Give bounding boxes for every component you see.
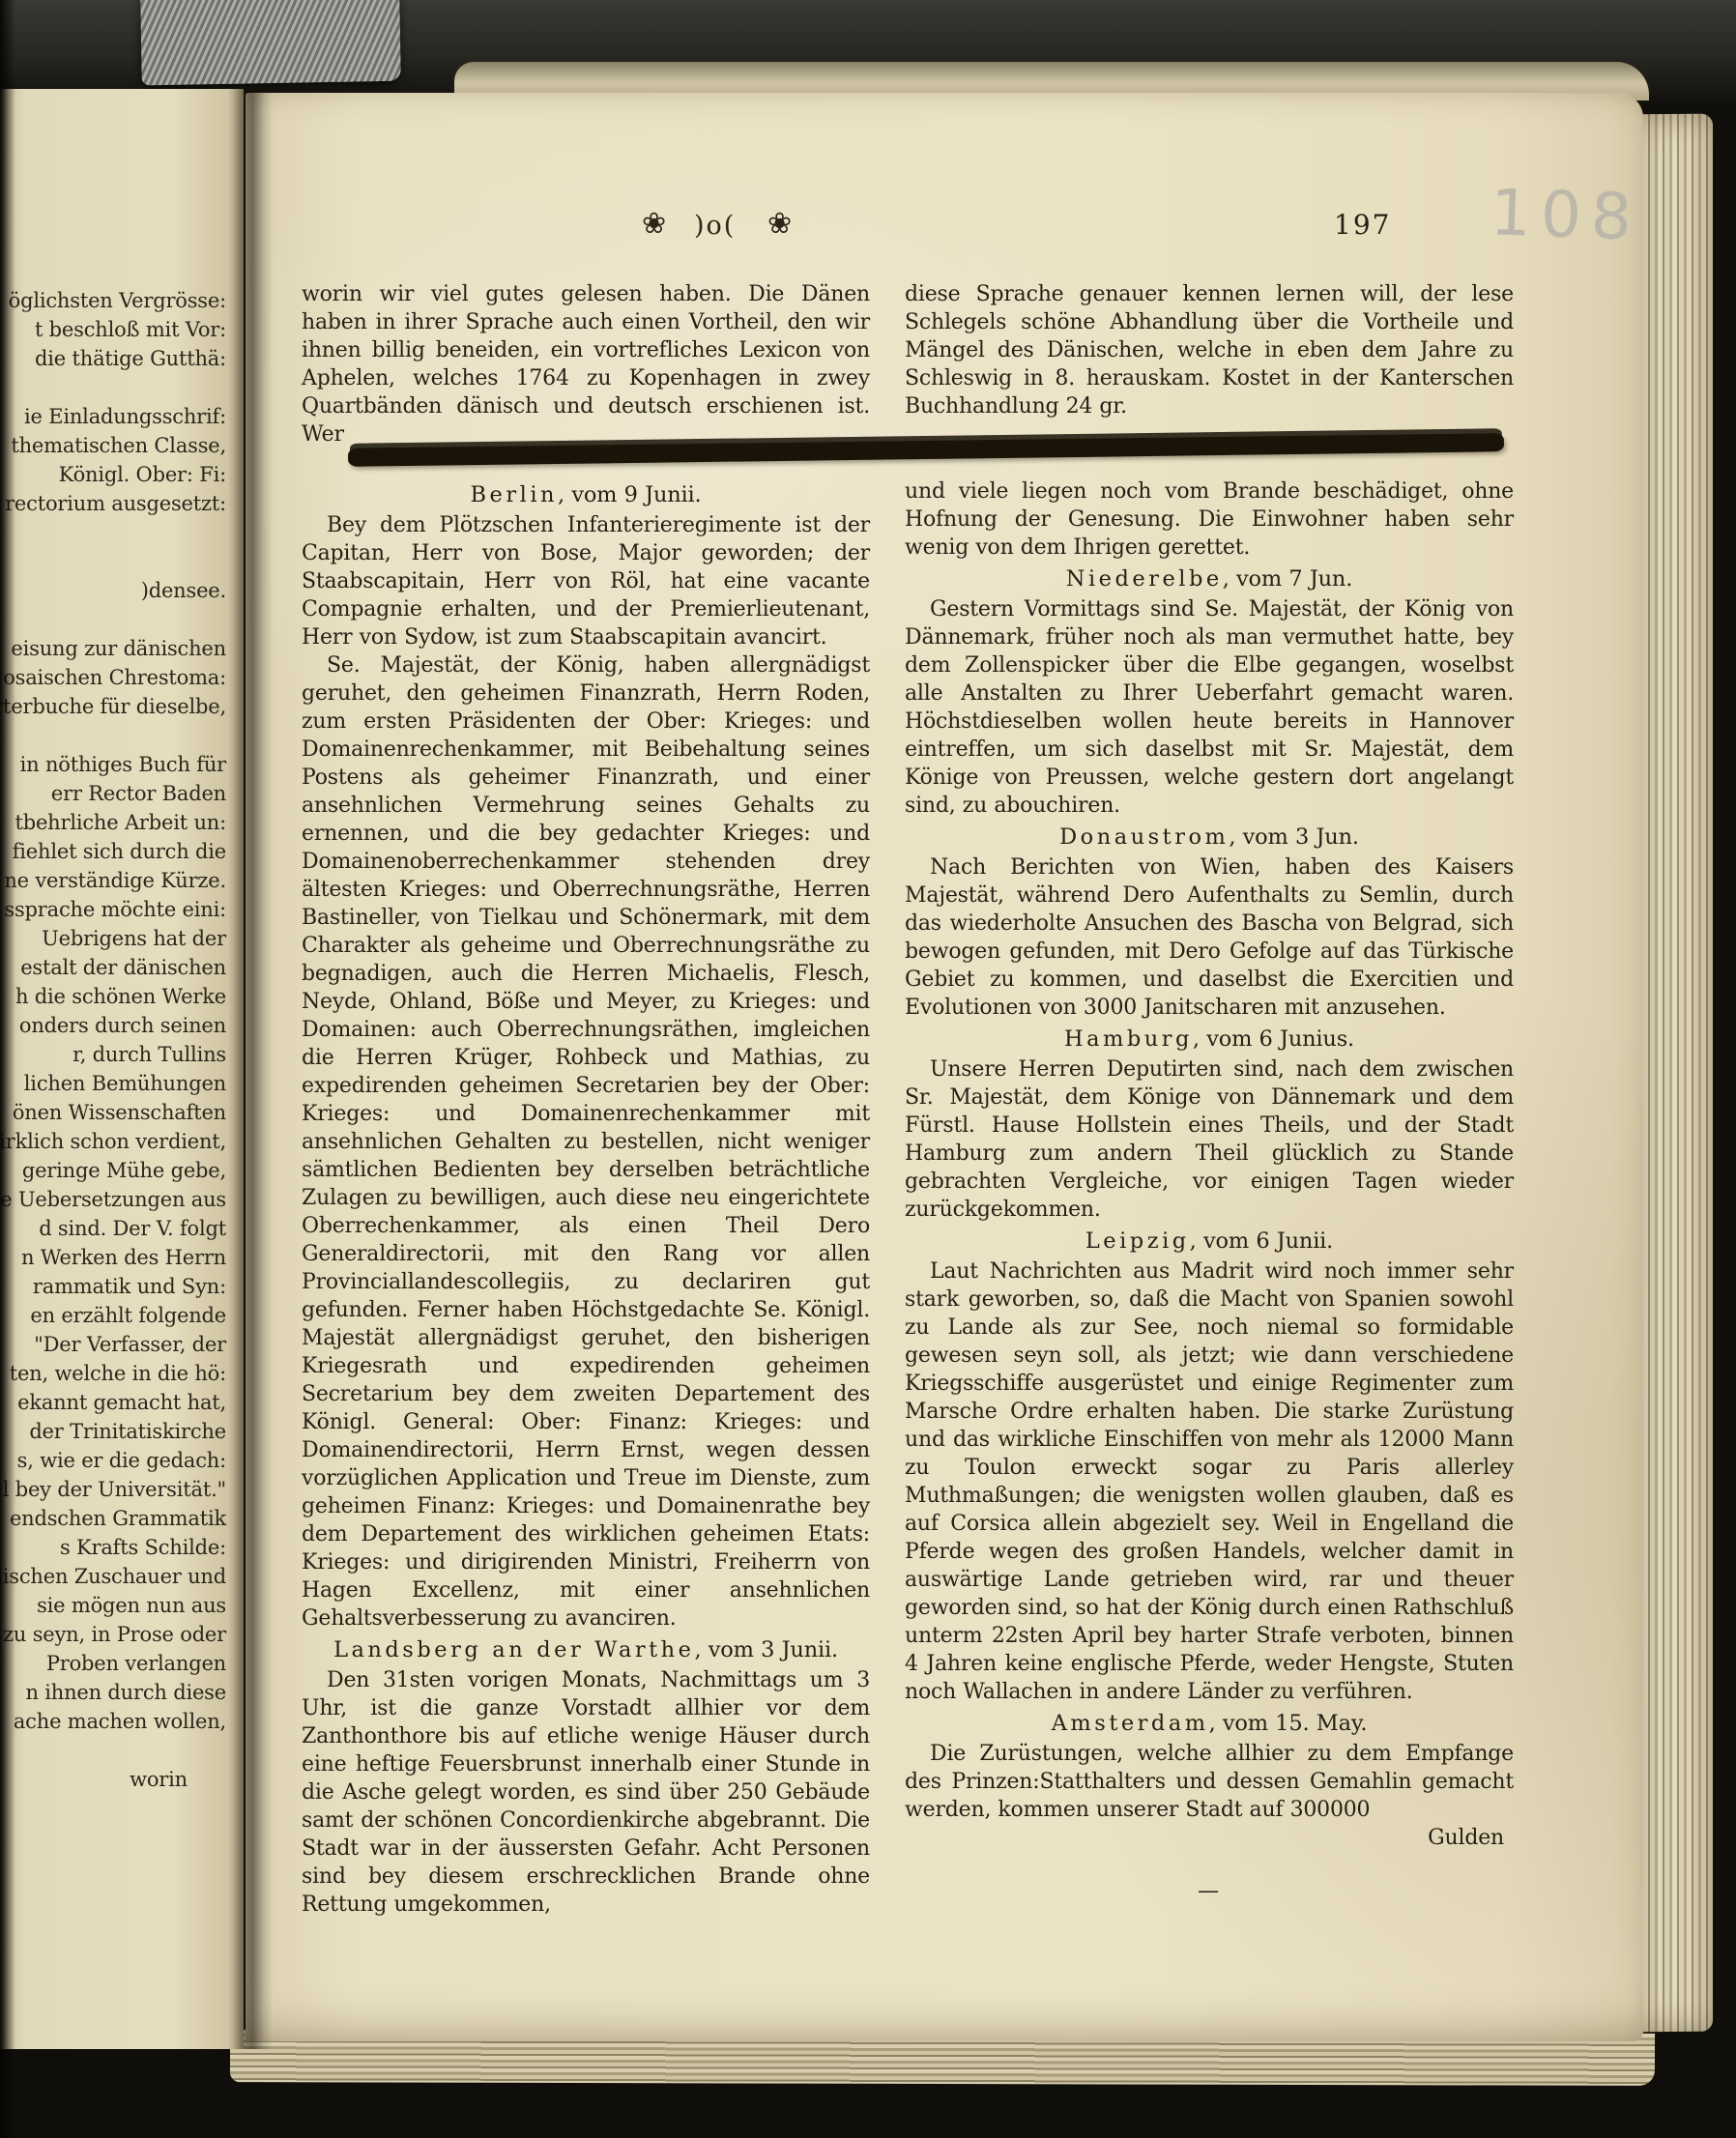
margin-fragment-line: sie mögen nun aus	[0, 1591, 226, 1620]
book-spine-shadow	[0, 0, 15, 2138]
margin-fragment-line: lichen Bemühungen	[0, 1069, 226, 1098]
section-paragraph: Laut Nachrichten aus Madrit wird noch im…	[905, 1257, 1514, 1706]
section-heading: Hamburg, vom 6 Junius.	[905, 1025, 1514, 1054]
margin-fragment-line: der Trinitatiskirche	[0, 1417, 226, 1446]
margin-fragment-line: thematischen Classe,	[0, 431, 226, 460]
margin-fragment-line: Uebrigens hat der	[0, 924, 226, 953]
margin-fragment-line: onders durch seinen	[0, 1011, 226, 1040]
header-ornament-left-icon: ❀	[642, 207, 666, 241]
margin-fragment-line: s, wie er die gedach:	[0, 1446, 226, 1475]
margin-fragment-line: r, durch Tullins	[0, 1040, 226, 1069]
section-paragraph: Unsere Herren Deputirten sind, nach dem …	[905, 1055, 1514, 1224]
margin-fragment-line: die thätige Gutthä:	[0, 344, 226, 373]
margin-fragment-line: tbehrliche Arbeit un:	[0, 808, 226, 837]
margin-fragment-line: rectorium ausgesetzt:	[0, 489, 226, 518]
section-paragraph: und viele liegen noch vom Brande beschäd…	[905, 477, 1514, 562]
margin-fragment-line: n Werken des Herrn	[0, 1243, 226, 1272]
section-place: Amsterdam	[1052, 1711, 1209, 1736]
section-place: Berlin	[471, 482, 559, 507]
section-date: , vom 7 Jun.	[1223, 566, 1352, 592]
margin-fragment-line: ie Einladungsschrif:	[0, 402, 226, 431]
margin-fragment-line: rterbuche für dieselbe,	[0, 692, 226, 721]
margin-fragment-line: worin	[0, 1765, 226, 1794]
section-place: Niederelbe	[1066, 566, 1223, 592]
section-date: , vom 9 Junii.	[558, 482, 701, 507]
end-dash: —	[905, 1877, 1514, 1905]
archive-stamp: 108	[1490, 175, 1643, 254]
header-ornament-right-icon: ❀	[767, 207, 792, 241]
news-section: Landsberg an der Warthe, vom 3 Junii.Den…	[302, 1635, 870, 1919]
section-paragraph: Se. Majestät, der König, haben allergnäd…	[302, 651, 870, 1632]
section-heading: Berlin, vom 9 Junii.	[302, 480, 870, 509]
facing-page-strip: öglichsten Vergrösse:t beschloß mit Vor:…	[0, 89, 244, 2049]
margin-fragment-gap	[0, 518, 226, 547]
page: ❀ )o( ❀ 197 108 worin wir viel gutes gel…	[246, 93, 1643, 2041]
section-date: , vom 3 Jun.	[1229, 824, 1358, 850]
margin-fragment-line: ne verständige Kürze.	[0, 866, 226, 895]
margin-fragment-gap	[0, 547, 226, 576]
section-paragraph: Gestern Vormittags sind Se. Majestät, de…	[905, 595, 1514, 820]
margin-fragment-line: zu seyn, in Prose oder	[0, 1620, 226, 1649]
section-paragraph: Die Zurüstungen, welche allhier zu dem E…	[905, 1740, 1514, 1824]
margin-fragment-line: ekannt gemacht hat,	[0, 1388, 226, 1417]
margin-fragment-line: Proben verlangen	[0, 1649, 226, 1678]
section-paragraph: Den 31sten vorigen Monats, Nachmittags u…	[302, 1666, 870, 1919]
section-place: Landsberg an der Warthe	[333, 1637, 694, 1662]
news-section: Amsterdam, vom 15. May.Die Zurüstungen, …	[905, 1709, 1514, 1824]
margin-fragment-line: s Krafts Schilde:	[0, 1533, 226, 1562]
section-date: , vom 6 Junii.	[1190, 1228, 1333, 1254]
section-place: Donaustrom	[1059, 824, 1229, 850]
news-section: Niederelbe, vom 7 Jun.Gestern Vormittags…	[905, 564, 1514, 820]
intro-right-text: diese Sprache genauer kennen lernen will…	[905, 280, 1514, 420]
margin-fragment-line: l bey der Universität."	[0, 1475, 226, 1504]
section-date: , vom 15. May.	[1209, 1711, 1368, 1736]
column-right: und viele liegen noch vom Brande beschäd…	[905, 477, 1514, 1905]
margin-fragment-line: fiehlet sich durch die	[0, 837, 226, 866]
section-heading: Amsterdam, vom 15. May.	[905, 1709, 1514, 1738]
section-heading: Leipzig, vom 6 Junii.	[905, 1227, 1514, 1256]
intro-left-text: worin wir viel gutes gelesen haben. Die …	[302, 280, 870, 448]
margin-fragment-line: ache machen wollen,	[0, 1707, 226, 1736]
margin-fragment-line: err Rector Baden	[0, 779, 226, 808]
margin-fragment-line: in nöthiges Buch für	[0, 750, 226, 779]
margin-fragment-gap	[0, 721, 226, 750]
column-right-sections: und viele liegen noch vom Brande beschäd…	[905, 477, 1514, 1824]
margin-fragment-line: önen Wissenschaften	[0, 1098, 226, 1127]
catchword: Gulden	[905, 1824, 1514, 1852]
margin-fragment-line: t beschloß mit Vor:	[0, 315, 226, 344]
margin-fragment-line: osaischen Chrestoma:	[0, 663, 226, 692]
news-section: Leipzig, vom 6 Junii.Laut Nachrichten au…	[905, 1227, 1514, 1706]
margin-fragment-line: ten, welche in die hö:	[0, 1359, 226, 1388]
margin-fragment-line: e Uebersetzungen aus	[0, 1185, 226, 1214]
page-number: 197	[1334, 209, 1391, 241]
section-place: Leipzig	[1085, 1228, 1190, 1254]
margin-fragment-line: )densee.	[0, 576, 226, 605]
header-divider-mark: )o(	[694, 211, 736, 241]
news-section: Donaustrom, vom 3 Jun.Nach Berichten von…	[905, 823, 1514, 1022]
margin-fragment-gap	[0, 373, 226, 402]
margin-fragment-line: rammatik und Syn:	[0, 1272, 226, 1301]
page-edge-stack-right	[1635, 114, 1713, 2033]
margin-fragments: öglichsten Vergrösse:t beschloß mit Vor:…	[0, 286, 226, 1794]
margin-fragment-line: geringe Mühe gebe,	[0, 1156, 226, 1185]
book-scan: öglichsten Vergrösse:t beschloß mit Vor:…	[0, 0, 1736, 2138]
margin-fragment-line: endschen Grammatik	[0, 1504, 226, 1533]
news-section: Berlin, vom 9 Junii.Bey dem Plötzschen I…	[302, 480, 870, 1632]
margin-fragment-line: n ihnen durch diese	[0, 1678, 226, 1707]
margin-fragment-line: irklich schon verdient,	[0, 1127, 226, 1156]
margin-fragment-line: Königl. Ober: Fi:	[0, 460, 226, 489]
bookmark-ribbon	[140, 0, 401, 85]
margin-fragment-line: eisung zur dänischen	[0, 634, 226, 663]
news-section: Hamburg, vom 6 Junius.Unsere Herren Depu…	[905, 1025, 1514, 1224]
section-paragraph: Nach Berichten von Wien, haben des Kaise…	[905, 853, 1514, 1022]
section-date: , vom 3 Junii.	[694, 1637, 837, 1662]
section-date: , vom 6 Junius.	[1193, 1026, 1354, 1052]
section-heading: Landsberg an der Warthe, vom 3 Junii.	[302, 1635, 870, 1664]
margin-fragment-line: ssprache möchte eini:	[0, 895, 226, 924]
margin-fragment-line: en erzählt folgende	[0, 1301, 226, 1330]
margin-fragment-gap	[0, 605, 226, 634]
margin-fragment-line: h die schönen Werke	[0, 982, 226, 1011]
margin-fragment-line: öglichsten Vergrösse:	[0, 286, 226, 315]
section-paragraph: Bey dem Plötzschen Infanterieregimente i…	[302, 511, 870, 651]
section-place: Hamburg	[1064, 1026, 1193, 1052]
column-left: Berlin, vom 9 Junii.Bey dem Plötzschen I…	[302, 477, 870, 1919]
margin-fragment-line: nischen Zuschauer und	[0, 1562, 226, 1591]
margin-fragment-line: estalt der dänischen	[0, 953, 226, 982]
news-section: und viele liegen noch vom Brande beschäd…	[905, 477, 1514, 562]
section-heading: Donaustrom, vom 3 Jun.	[905, 823, 1514, 852]
margin-fragment-line: "Der Verfasser, der	[0, 1330, 226, 1359]
section-heading: Niederelbe, vom 7 Jun.	[905, 564, 1514, 593]
margin-fragment-gap	[0, 1736, 226, 1765]
margin-fragment-line: d sind. Der V. folgt	[0, 1214, 226, 1243]
